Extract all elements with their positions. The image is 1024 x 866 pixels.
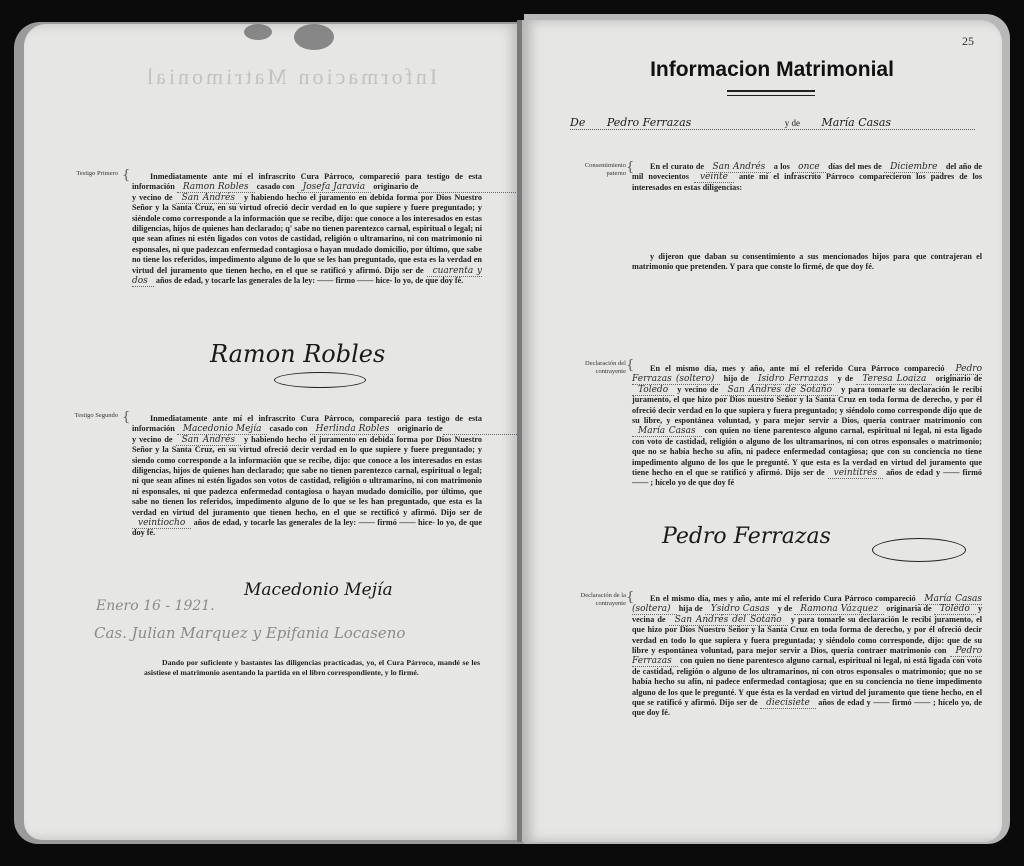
margin-label-contrayenta: Declaración de la contrayente [566, 592, 626, 608]
consentimiento-block: En el curato de San Andrés a los once dí… [632, 162, 982, 193]
testigo-primero-block: Inmediatamente ante mí el infrascrito Cu… [132, 172, 482, 286]
contrayenta-block: En el mismo día, mes y año, ante mí el r… [632, 594, 982, 719]
title-underline [727, 90, 815, 96]
margin-label-testigo-primero: Testigo Primero [64, 170, 118, 178]
brace-icon: { [122, 168, 130, 183]
signature-pedro-ferrazas: Pedro Ferrazas [662, 524, 831, 549]
bleed-through-title: Informacion Matrimonial [144, 64, 437, 90]
pencil-note-marriage: Cas. Julian Marquez y Epifania Locaseno [94, 624, 405, 642]
residence: San Andrés [176, 435, 241, 446]
contrayente-block: En el mismo día, mes y año, ante mí el r… [632, 364, 982, 489]
witness-name: Macedonio Mejía [177, 424, 268, 435]
ink-stain [294, 24, 334, 50]
margin-label-testigo-segundo: Testigo Segundo [64, 412, 118, 420]
spouse-name: Herlinda Robles [310, 424, 396, 435]
margin-label-contrayente: Declaración del contrayente [566, 360, 626, 376]
page-title: Informacion Matrimonial [622, 58, 922, 82]
couple-names-line: De Pedro Ferrazas y de María Casas [570, 116, 975, 130]
testigo-segundo-block: Inmediatamente ante mí el infrascrito Cu… [132, 414, 482, 539]
signature-flourish [274, 372, 366, 388]
signature-flourish [872, 538, 966, 562]
final-paragraph: Dando por suficiente y bastantes las dil… [144, 658, 480, 679]
signature-macedonio-mejia: Macedonio Mejía [244, 580, 393, 600]
age: veintiocho [132, 518, 191, 529]
page-number: 25 [962, 34, 974, 49]
margin-label-consentimiento: Consentimiento paterno [566, 162, 626, 178]
origin [418, 182, 520, 193]
brace-icon: { [122, 410, 130, 425]
origin [443, 424, 520, 435]
consentimiento-closing: y dijeron que daban su consentimiento a … [632, 252, 982, 273]
bride-name: María Casas [822, 116, 891, 129]
left-page: Informacion Matrimonial Testigo Primero … [24, 24, 520, 840]
ink-stain [244, 24, 272, 40]
groom-name: Pedro Ferrazas [607, 116, 691, 129]
pencil-note-date: Enero 16 - 1921. [96, 598, 215, 614]
residence: San Andrés [176, 193, 241, 204]
witness-name: Ramon Robles [177, 182, 255, 193]
right-page: 25 Informacion Matrimonial De Pedro Ferr… [522, 20, 1002, 842]
spouse-name: Josefa Jaravia [297, 182, 372, 193]
signature-ramon-robles: Ramon Robles [210, 340, 385, 368]
